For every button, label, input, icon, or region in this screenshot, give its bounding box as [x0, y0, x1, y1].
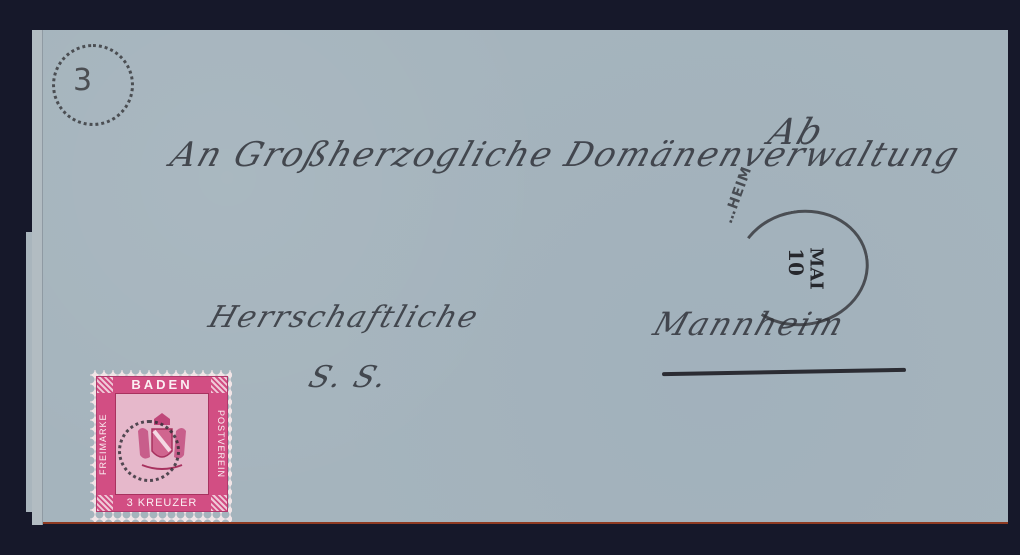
postmark-number: 3 [73, 63, 92, 98]
stamp-value: 3 KREUZER [97, 495, 227, 511]
stamp-right-label: POSTVEREIN [210, 393, 226, 495]
handwritten-note-2: S. S. [304, 360, 393, 395]
handwritten-address-line: An Großherzogliche Domänenverwaltung [166, 135, 966, 175]
numeral-cancel-postmark: 3 [52, 44, 134, 126]
postmark-day: 10 [784, 248, 808, 276]
cover-fold-edge [32, 30, 43, 525]
stamp-left-label: FREIMARKE [98, 393, 114, 495]
postmark-month: MAI [806, 247, 827, 289]
stamp-cancellation-mark [118, 420, 180, 482]
handwritten-note-1: Herrschaftliche [204, 300, 484, 335]
stamp-country: BADEN [97, 377, 227, 393]
